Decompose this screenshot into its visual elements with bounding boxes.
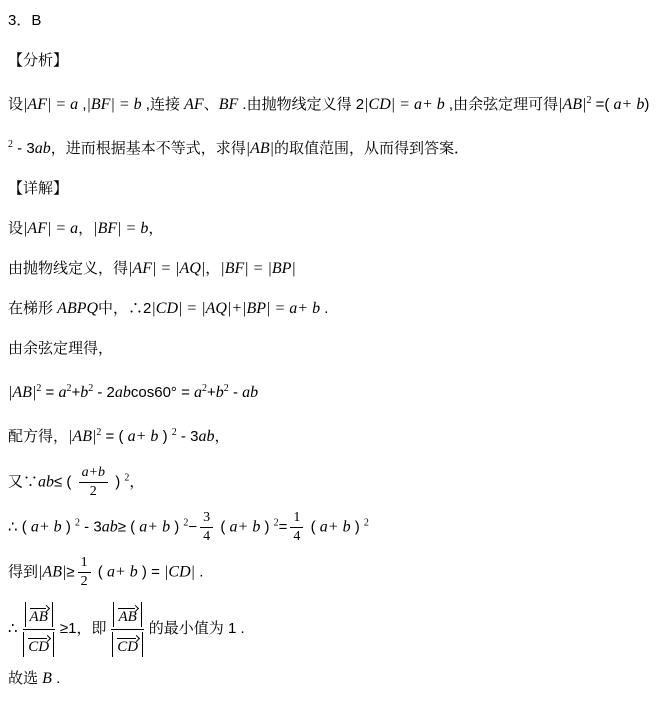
text-run: . <box>195 564 203 581</box>
text-run: - 3 <box>80 519 102 536</box>
step-basic-inequality: 又∵ab≤ ( a+b2 ) 2， <box>8 465 666 500</box>
fraction-denominator: 4 <box>293 528 300 545</box>
math-run: |AB| <box>246 140 274 157</box>
math-run: |CD| = |AQ|+|BP| = a+ b <box>151 300 320 317</box>
math-run: a <box>194 384 202 401</box>
math-run: |BF| = b <box>87 96 142 113</box>
text-run: 3．B <box>8 12 41 29</box>
text-run: 设 <box>8 96 23 113</box>
step-set-variables: 设|AF| = a，|BF| = b， <box>8 217 666 241</box>
text-run: ( <box>216 519 229 536</box>
solution-document: 3．B【分析】设|AF| = a ,|BF| = b ,连接 AF、BF .由抛… <box>0 0 672 709</box>
final-answer: 故选 B . <box>8 667 666 691</box>
text-run: ( <box>94 564 107 581</box>
absolute-value-bars: CD <box>23 632 54 657</box>
vector-magnitude-ratio: ABCD <box>23 601 55 657</box>
math-run: |BF| = |BP| <box>220 260 295 277</box>
math-run: a+ b <box>107 564 138 581</box>
text-run: ) <box>62 519 75 536</box>
step-ab-lower-bound: 得到|AB|≥12 ( a+ b ) = |CD| . <box>8 555 666 590</box>
text-run: ， <box>129 474 144 491</box>
step-cosine-intro: 由余弦定理得， <box>8 337 666 361</box>
math-run: a+ b <box>31 519 62 536</box>
vector-CD: CD <box>28 635 49 656</box>
text-run: 【分析】 <box>8 52 68 69</box>
text-run: 【详解】 <box>8 180 68 197</box>
text-run: . <box>320 300 328 317</box>
text-run: 配方得， <box>8 428 68 445</box>
fraction: a+b2 <box>79 465 108 500</box>
vector-CD: CD <box>117 635 138 656</box>
text-run: ≥ ( <box>118 519 140 536</box>
text-run: = ( <box>101 428 127 445</box>
math-run: a+ b <box>139 519 170 536</box>
math-run: B <box>42 670 52 687</box>
text-run: 由抛物线定义，得 <box>8 260 128 277</box>
text-run: ，进而根据基本不等式，求得 <box>51 140 246 157</box>
math-run: |AF| = a <box>23 96 78 113</box>
vector-magnitude-ratio: ABCD <box>111 601 143 657</box>
math-run: a+ b <box>128 428 159 445</box>
text-run: ) <box>260 519 273 536</box>
text-run: ， <box>214 428 229 445</box>
math-run: ab <box>115 384 131 401</box>
fraction-numerator: 1 <box>290 510 303 528</box>
fraction-numerator: a+b <box>79 465 108 483</box>
text-run: 又∵ <box>8 474 38 491</box>
fraction-denominator: 2 <box>81 573 88 590</box>
text-run: - <box>229 384 242 401</box>
text-run: ( <box>306 519 319 536</box>
ratio-numerator: AB <box>23 601 55 630</box>
text-run: . <box>52 670 60 687</box>
math-run: ab <box>242 384 258 401</box>
math-run: AF <box>184 96 204 113</box>
text-run: .由抛物线定义得 2 <box>238 96 364 113</box>
math-run: |AB| <box>8 384 36 401</box>
text-run: + <box>71 384 80 401</box>
math-run: ab <box>198 428 214 445</box>
text-run: =( <box>591 96 613 113</box>
text-run: 设 <box>8 220 23 237</box>
text-run: ∴ ( <box>8 519 31 536</box>
math-run: |AB| <box>558 96 586 113</box>
text-run: + <box>207 384 216 401</box>
fraction-numerator: 1 <box>78 555 91 573</box>
analysis-text-line-1: 设|AF| = a ,|BF| = b ,连接 AF、BF .由抛物线定义得 2… <box>8 89 666 117</box>
text-run: - 2 <box>93 384 115 401</box>
text-run: ) <box>170 519 183 536</box>
vector-AB: AB <box>30 605 48 626</box>
text-run: ≥ <box>66 564 74 581</box>
step-parabola-definition: 由抛物线定义，得|AF| = |AQ|，|BF| = |BP| <box>8 257 666 281</box>
text-run: − <box>188 519 197 536</box>
text-run: 故选 <box>8 670 42 687</box>
step-cosine-formula: |AB|2 = a2+b2 - 2abcos60° = a2+b2 - ab <box>8 377 666 405</box>
detail-header: 【详解】 <box>8 177 666 201</box>
superscript: 2 <box>364 518 369 529</box>
text-run: ≥1，即 <box>60 620 107 637</box>
text-run: ， <box>148 220 163 237</box>
text-run: 由余弦定理得， <box>8 340 113 357</box>
math-run: ab <box>102 519 118 536</box>
ratio-denominator: CD <box>112 630 143 657</box>
math-run: a+ b <box>614 96 645 113</box>
vector-AB: AB <box>118 605 136 626</box>
fraction: 14 <box>290 510 303 545</box>
ratio-numerator: AB <box>111 601 143 630</box>
math-run: ab <box>38 474 54 491</box>
math-run: |CD| <box>164 564 195 581</box>
text-run: ， <box>205 260 220 277</box>
math-run: |CD| = a+ b <box>364 96 445 113</box>
fraction-denominator: 4 <box>203 528 210 545</box>
text-run: ∴ <box>8 620 18 637</box>
text-run: - 3 <box>177 428 199 445</box>
math-run: ABPQ <box>57 300 98 317</box>
math-run: b <box>216 384 224 401</box>
text-run: 得到 <box>8 564 38 581</box>
analysis-text-line-2: 2 - 3ab，进而根据基本不等式，求得|AB|的取值范围，从而得到答案． <box>8 133 666 161</box>
text-run: ) <box>111 474 124 491</box>
text-run: ) = <box>138 564 164 581</box>
text-run: ,由余弦定理可得 <box>445 96 558 113</box>
text-run: 的取值范围，从而得到答案． <box>274 140 469 157</box>
math-run: |AF| = a <box>23 220 78 237</box>
ratio-denominator: CD <box>23 630 54 657</box>
step-trapezoid: 在梯形 ABPQ中，∴2|CD| = |AQ|+|BP| = a+ b . <box>8 297 666 321</box>
text-run: 、 <box>204 96 219 113</box>
text-run: ) <box>351 519 364 536</box>
text-run: ) <box>158 428 171 445</box>
math-run: |BF| = b <box>93 220 148 237</box>
analysis-header: 【分析】 <box>8 49 666 73</box>
fraction-numerator: 3 <box>200 510 213 528</box>
fraction-denominator: 2 <box>90 483 97 500</box>
math-run: |AB| <box>68 428 96 445</box>
step-inequality-chain: ∴ ( a+ b ) 2 - 3ab≥ ( a+ b ) 2−34 ( a+ b… <box>8 510 666 545</box>
fraction: 34 <box>200 510 213 545</box>
absolute-value-bars: AB <box>113 602 141 627</box>
text-run: , <box>78 96 86 113</box>
step-ratio-conclusion: ∴ABCD≥1，即ABCD的最小值为 1 . <box>8 601 666 657</box>
text-run: ) <box>644 96 649 113</box>
text-run: ， <box>78 220 93 237</box>
fraction: 12 <box>78 555 91 590</box>
math-run: a+ b <box>230 519 261 536</box>
text-run: - 3 <box>13 140 35 157</box>
math-run: a+ b <box>320 519 351 536</box>
math-run: |AF| = |AQ| <box>128 260 205 277</box>
math-run: BF <box>219 96 239 113</box>
text-run: 中，∴2 <box>98 300 151 317</box>
text-run: cos60° = <box>131 384 194 401</box>
text-run: 在梯形 <box>8 300 57 317</box>
absolute-value-bars: CD <box>112 632 143 657</box>
step-complete-square: 配方得，|AB|2 = ( a+ b ) 2 - 3ab， <box>8 421 666 449</box>
math-run: |AB| <box>38 564 66 581</box>
answer-line: 3．B <box>8 9 666 33</box>
text-run: = <box>279 519 288 536</box>
math-run: ab <box>35 140 51 157</box>
absolute-value-bars: AB <box>25 602 53 627</box>
text-run: ,连接 <box>142 96 185 113</box>
text-run: = <box>41 384 58 401</box>
text-run: ≤ ( <box>54 474 76 491</box>
text-run: 的最小值为 1 . <box>149 620 245 637</box>
